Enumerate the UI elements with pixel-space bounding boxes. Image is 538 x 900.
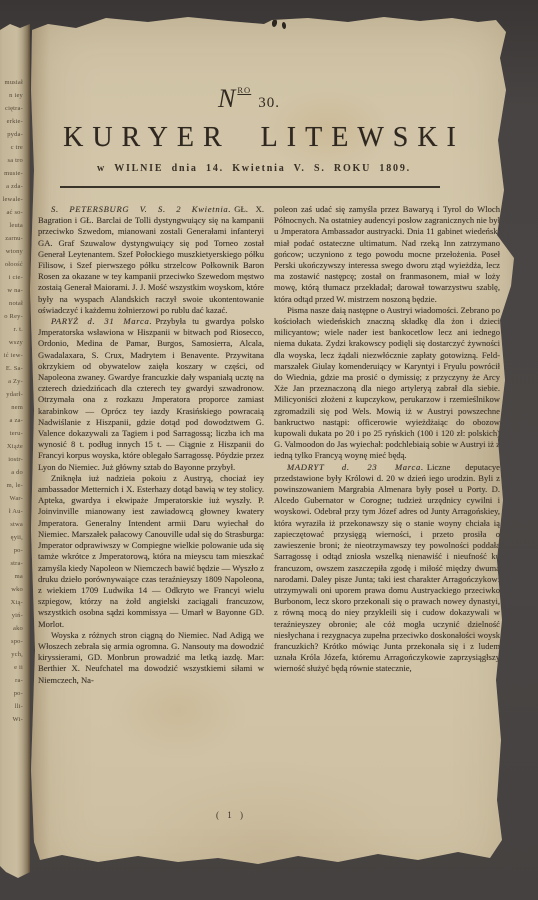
page-edge-fragment: iostr- <box>0 453 28 466</box>
page-edge-fragment: ra- <box>0 674 28 687</box>
page-edge-fragment: stra- <box>0 557 28 570</box>
page-edge-fragment: e ii <box>0 661 28 674</box>
page-edge-fragment: i cie- <box>0 271 28 284</box>
page-edge-fragment: Xią- <box>0 596 28 609</box>
page-edge-fragment: a do <box>0 466 28 479</box>
page-edge-fragment: ydarł- <box>0 388 28 401</box>
page-edge-fragment: zarnu- <box>0 232 28 245</box>
page-edge-fragment: m, le- <box>0 479 28 492</box>
page-edge-fragment: erkie- <box>0 115 28 128</box>
paragraph-body: Liczne deputacye przedstawione były Król… <box>274 462 500 674</box>
adjacent-page-edge: musiałn ieyciętra-erkie-pyda-c tresa tro… <box>0 0 30 900</box>
page-edge-fragment: War- <box>0 492 28 505</box>
page-edge-fragment: ęyii, <box>0 531 28 544</box>
page-number: ( 1 ) <box>38 810 500 820</box>
page-edge-fragment: a za- <box>0 414 28 427</box>
page-edge-fragment: Wi- <box>0 713 28 726</box>
newspaper-page: NRO30. KURYER LITEWSKI w WILNIE dnia 14.… <box>28 10 516 892</box>
page-edge-fragment: ych, <box>0 648 28 661</box>
issue-number: NRO30. <box>38 84 500 120</box>
page-edge-fragment: r. t. <box>0 323 28 336</box>
paragraph-body: Woyska z różnych stron ciągną do Niemiec… <box>38 630 264 685</box>
column-left: S. PETERSBURG V. S. 2 Kwietnia.GŁ. X. Ba… <box>38 204 264 804</box>
article-paragraph: Zniknęła iuż nadzieia pokoiu z Austryą, … <box>38 473 264 630</box>
page-edge-fragment: n iey <box>0 89 28 102</box>
page-edge-fragment: o Rey- <box>0 310 28 323</box>
page-edge-fragment: a Zy- <box>0 375 28 388</box>
masthead-title: KURYER LITEWSKI <box>38 122 500 154</box>
header-rule <box>60 186 440 188</box>
paragraph-body: Przybyła tu gwardya polsko Jmperatorska … <box>38 316 264 472</box>
page-edge-fragment: ać so- <box>0 206 28 219</box>
page-edge-fragment: ołoość <box>0 258 28 271</box>
page-edge-fragment: stwa <box>0 518 28 531</box>
page-edge-fragment: pyda- <box>0 128 28 141</box>
paragraph-lead: S. PETERSBURG V. S. 2 Kwietnia. <box>51 204 231 214</box>
page-edge-fragment: ciętra- <box>0 102 28 115</box>
page-edge-fragment: yiń- <box>0 609 28 622</box>
page-edge-fragment: spo- <box>0 635 28 648</box>
issue-number-initial: N <box>218 84 236 113</box>
page-edge-fragment: leuta <box>0 219 28 232</box>
article-columns: S. PETERSBURG V. S. 2 Kwietnia.GŁ. X. Ba… <box>38 204 500 804</box>
page-edge-fragment: teru- <box>0 427 28 440</box>
page-edge-fragment: ma <box>0 570 28 583</box>
page-edge-fragment: ł Au- <box>0 505 28 518</box>
article-paragraph: S. PETERSBURG V. S. 2 Kwietnia.GŁ. X. Ba… <box>38 204 264 316</box>
article-paragraph: Woyska z różnych stron ciągną do Niemiec… <box>38 630 264 686</box>
page-edge-fragment: sa tro <box>0 154 28 167</box>
adjacent-page-fragments: musiałn ieyciętra-erkie-pyda-c tresa tro… <box>0 76 28 726</box>
page-edge-fragment: musie- <box>0 167 28 180</box>
page-edge-fragment: lewale- <box>0 193 28 206</box>
article-paragraph: poleon zaś udać się zamyśla przez Bawary… <box>274 204 500 305</box>
page-edge-fragment: musiał <box>0 76 28 89</box>
page-edge-fragment: wszy <box>0 336 28 349</box>
page-edge-fragment: po- <box>0 544 28 557</box>
page-edge-fragment: ić iew- <box>0 349 28 362</box>
paragraph-body: poleon zaś udać się zamyśla przez Bawary… <box>274 204 500 304</box>
paragraph-body: Pisma nasze daią następne o Austryi wiad… <box>274 305 500 461</box>
page-edge-fragment: c tre <box>0 141 28 154</box>
paragraph-body: Zniknęła iuż nadzieia pokoiu z Austryą, … <box>38 473 264 629</box>
page-edge-fragment: nem <box>0 401 28 414</box>
page-edge-fragment: notał <box>0 297 28 310</box>
page-edge-fragment: Xiąże <box>0 440 28 453</box>
paragraph-lead: PARYŻ d. 31 Marca. <box>51 316 152 326</box>
page-edge-fragment: a zda- <box>0 180 28 193</box>
paragraph-body: GŁ. X. Bagration i GŁ. Barclai de Tolli … <box>38 204 264 315</box>
page-edge-fragment: wko <box>0 583 28 596</box>
scan-background: musiałn ieyciętra-erkie-pyda-c tresa tro… <box>0 0 538 900</box>
article-paragraph: PARYŻ d. 31 Marca.Przybyła tu gwardya po… <box>38 316 264 473</box>
issue-number-value: 30. <box>258 95 280 111</box>
page-edge-fragment: wtony <box>0 245 28 258</box>
page-edge-fragment: E. Sa- <box>0 362 28 375</box>
ink-spot <box>506 470 509 476</box>
page-content: NRO30. KURYER LITEWSKI w WILNIE dnia 14.… <box>28 10 516 892</box>
article-paragraph: MADRYT d. 23 Marca.Liczne deputacye prze… <box>274 462 500 675</box>
page-edge-fragment: ako <box>0 622 28 635</box>
issue-number-ordinal: RO <box>237 85 251 95</box>
dateline: w WILNIE dnia 14. Kwietnia V. S. ROKU 18… <box>38 163 500 174</box>
column-right: poleon zaś udać się zamyśla przez Bawary… <box>274 204 500 804</box>
page-edge-fragment: lli- <box>0 700 28 713</box>
paragraph-lead: MADRYT d. 23 Marca. <box>287 462 424 472</box>
page-edge-fragment: w na- <box>0 284 28 297</box>
article-paragraph: Pisma nasze daią następne o Austryi wiad… <box>274 305 500 462</box>
page-edge-fragment: po- <box>0 687 28 700</box>
